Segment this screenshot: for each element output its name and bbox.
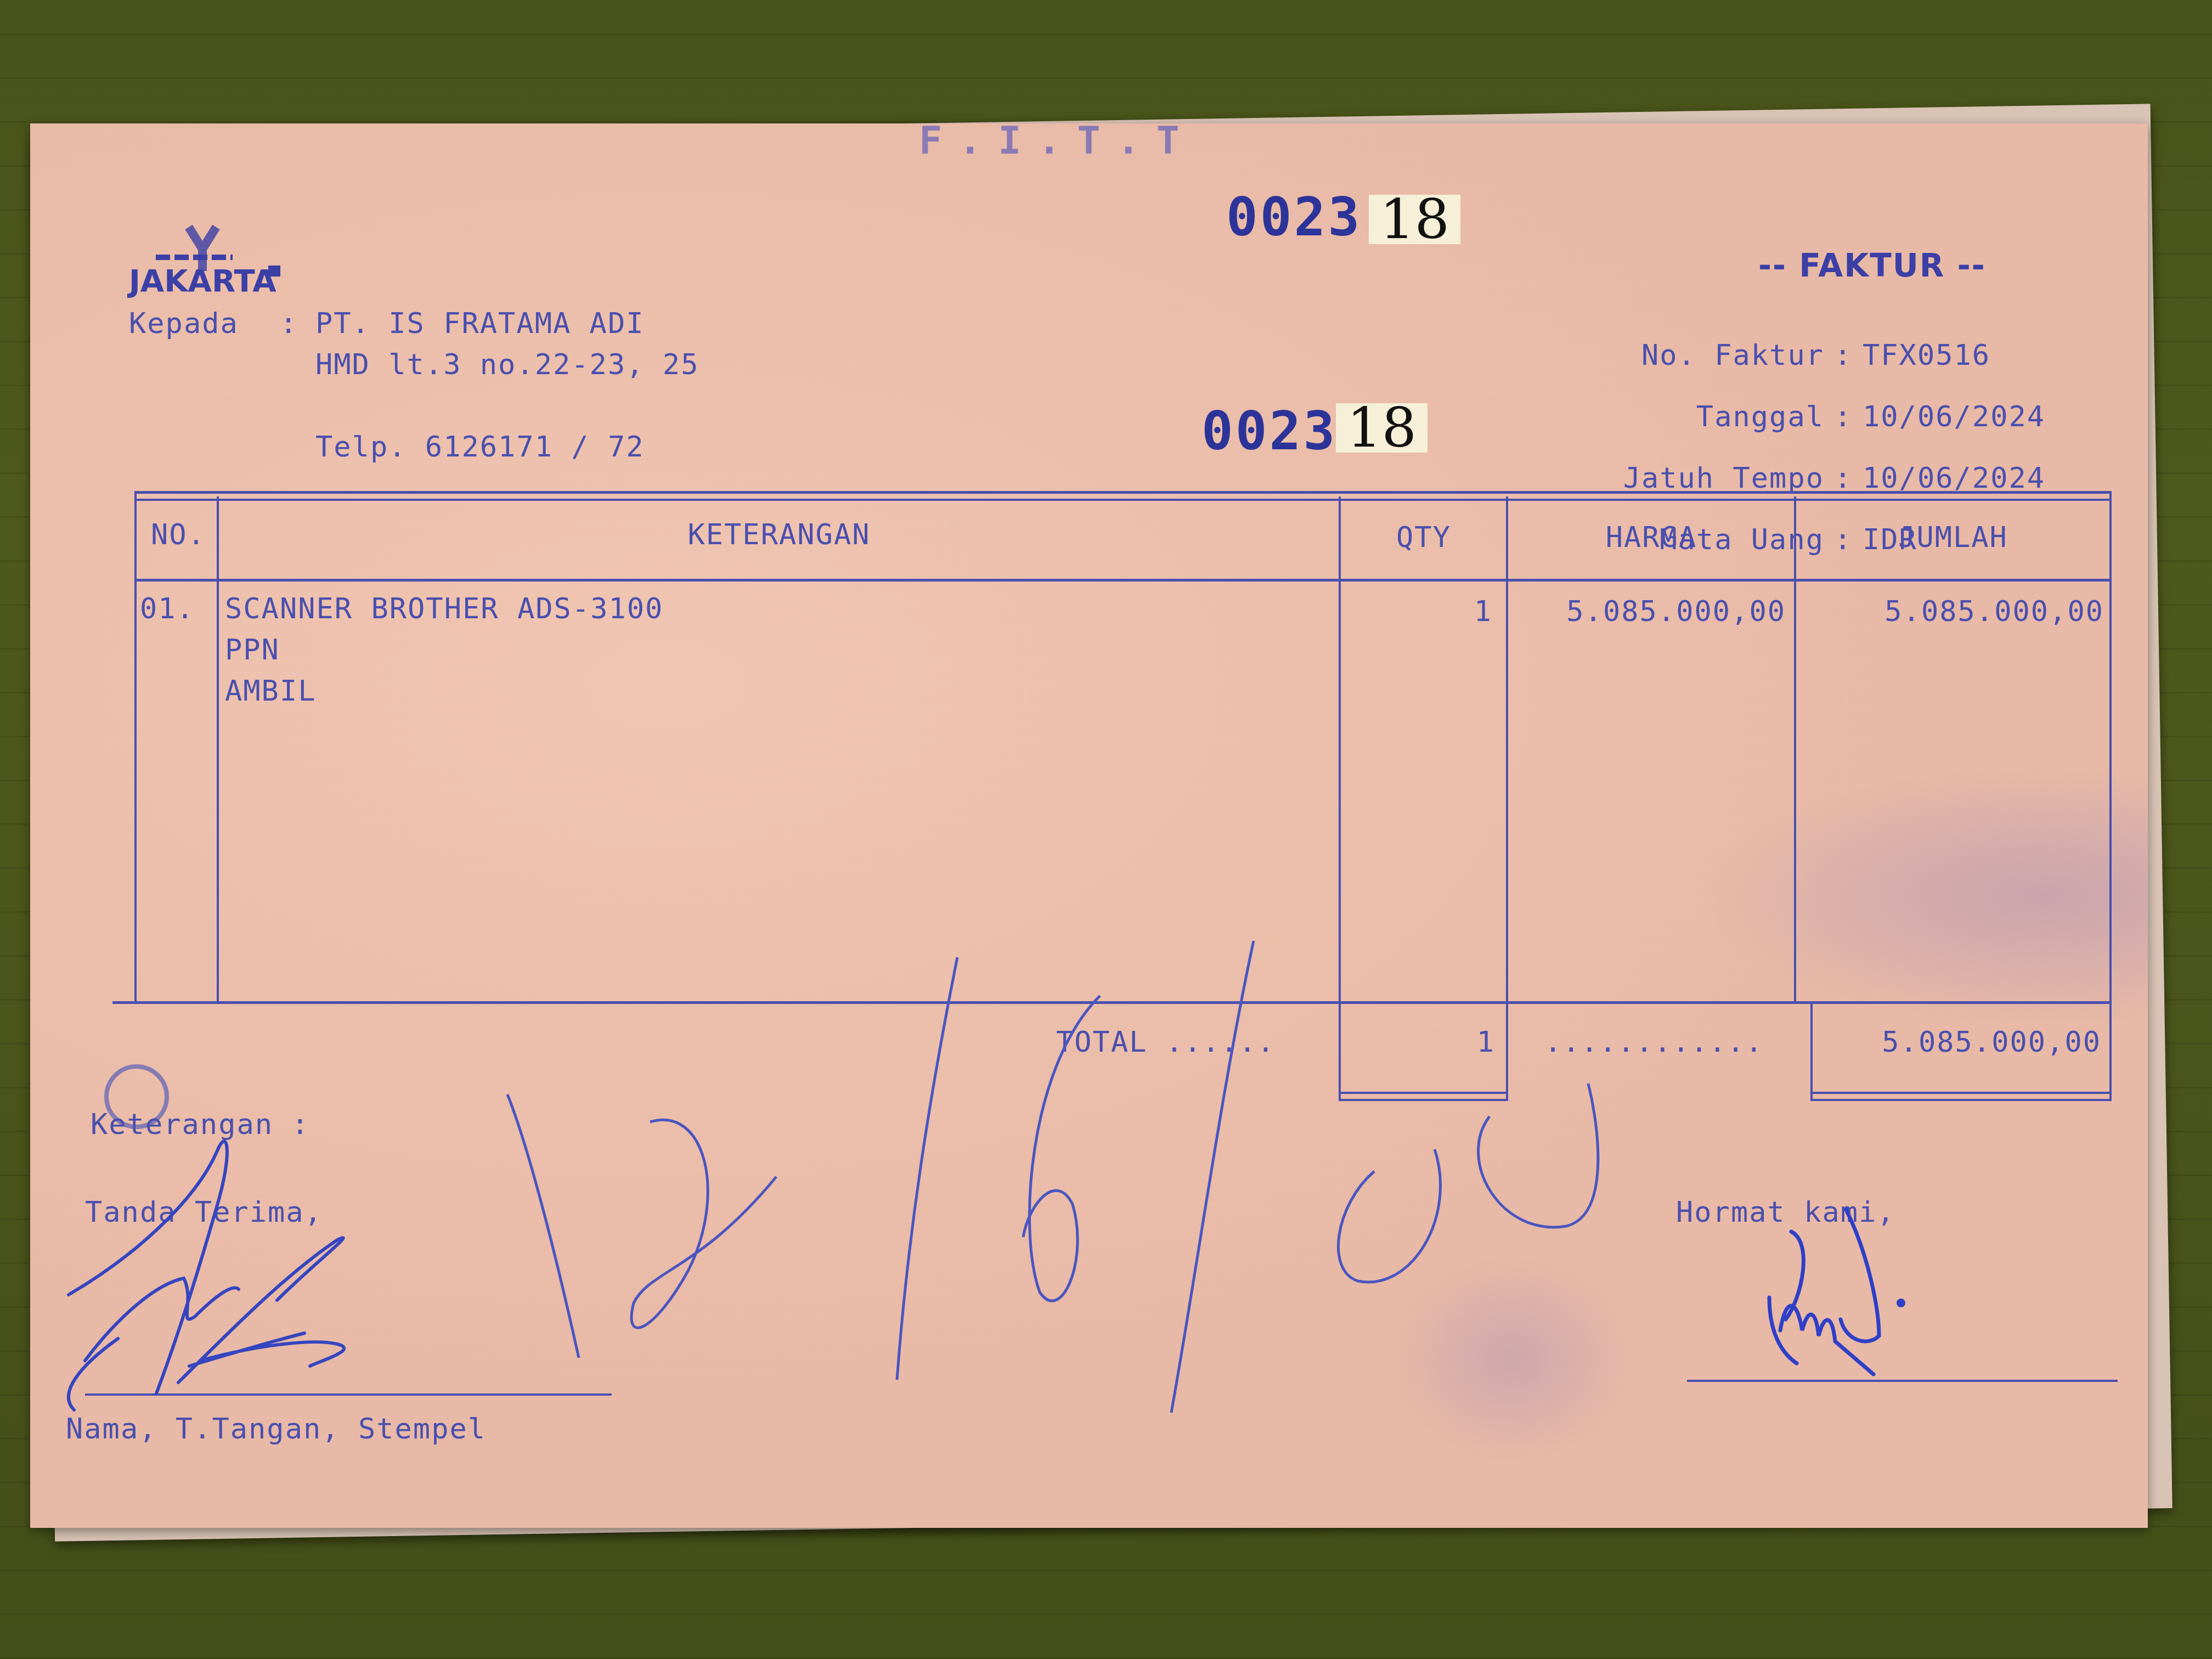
meta-row-tanggal: Tanggal : 10/06/2024 (1528, 400, 2076, 441)
row-qty: 1 (1341, 595, 1492, 628)
serial-sticker-bottom: 18 (1336, 403, 1427, 453)
invoice-title: -- FAKTUR -- (1758, 247, 1986, 284)
serial-stamp-bottom: 0023 (1201, 400, 1337, 462)
column-header-jumlah: JUMLAH (1797, 521, 2109, 554)
handwritten-date-annotation (469, 820, 1786, 1590)
receiver-signature-icon (52, 1119, 436, 1423)
meta-sep: : (1824, 462, 1863, 503)
col-divider-harga (1794, 496, 1796, 1004)
meta-row-jatuh-tempo: Jatuh Tempo : 10/06/2024 (1528, 462, 2076, 503)
recipient-separator: : (280, 307, 298, 340)
meta-value: TFX0516 (1863, 339, 1990, 380)
table-header-divider (134, 579, 2109, 582)
row-no: 01. (140, 592, 195, 625)
serial-stamp-top: 0023 (1226, 187, 1362, 248)
meta-value: 10/06/2024 (1863, 400, 2045, 441)
recipient-phone: Telp. 6126171 / 72 (315, 431, 645, 464)
col-divider-no (217, 496, 219, 1004)
row-description-line-2: PPN (225, 634, 280, 667)
row-description: SCANNER BROTHER ADS-3100 (225, 592, 663, 625)
column-header-no: NO. (140, 518, 217, 551)
total-jumlah: 5.085.000,00 (1816, 1026, 2101, 1059)
recipient-name: PT. IS FRATAMA ADI (315, 307, 645, 340)
row-harga: 5.085.000,00 (1511, 595, 1786, 628)
company-logo-icon (129, 206, 272, 266)
recipient-address: HMD lt.3 no.22-23, 25 (315, 348, 699, 381)
column-header-qty: QTY (1341, 521, 1506, 554)
column-header-keterangan: KETERANGAN (219, 518, 1339, 551)
row-jumlah: 5.085.000,00 (1799, 595, 2104, 628)
table-border-top-inner (134, 499, 2109, 501)
faded-carbon-stamp: F.I.T.T (919, 118, 1196, 163)
recipient-label: Kepada (129, 307, 239, 340)
meta-label: No. Faktur (1528, 339, 1824, 380)
col-divider-jumlah-total (1810, 1001, 1813, 1100)
meta-sep: : (1824, 339, 1863, 380)
total-jumlah-underline (1810, 1092, 2112, 1094)
meta-sep: : (1824, 400, 1863, 441)
meta-value: 10/06/2024 (1863, 462, 2045, 503)
serial-sticker-top: 18 (1369, 195, 1460, 244)
company-city: JAKARTA (129, 263, 276, 299)
column-header-harga: HARGA (1509, 521, 1794, 554)
row-description-line-3: AMBIL (225, 675, 317, 708)
table-border-top (134, 491, 2109, 494)
meta-label: Tanggal (1528, 400, 1824, 441)
meta-label: Jatuh Tempo (1528, 462, 1824, 503)
invoice-paper: F.I.T.T JAKARTA Kepada : PT. IS FRATAMA … (30, 123, 2148, 1528)
col-divider-right (2109, 491, 2112, 1100)
meta-row-no-faktur: No. Faktur : TFX0516 (1528, 339, 2076, 380)
total-jumlah-underline-2 (1810, 1099, 2112, 1101)
col-divider-left (134, 491, 137, 1004)
